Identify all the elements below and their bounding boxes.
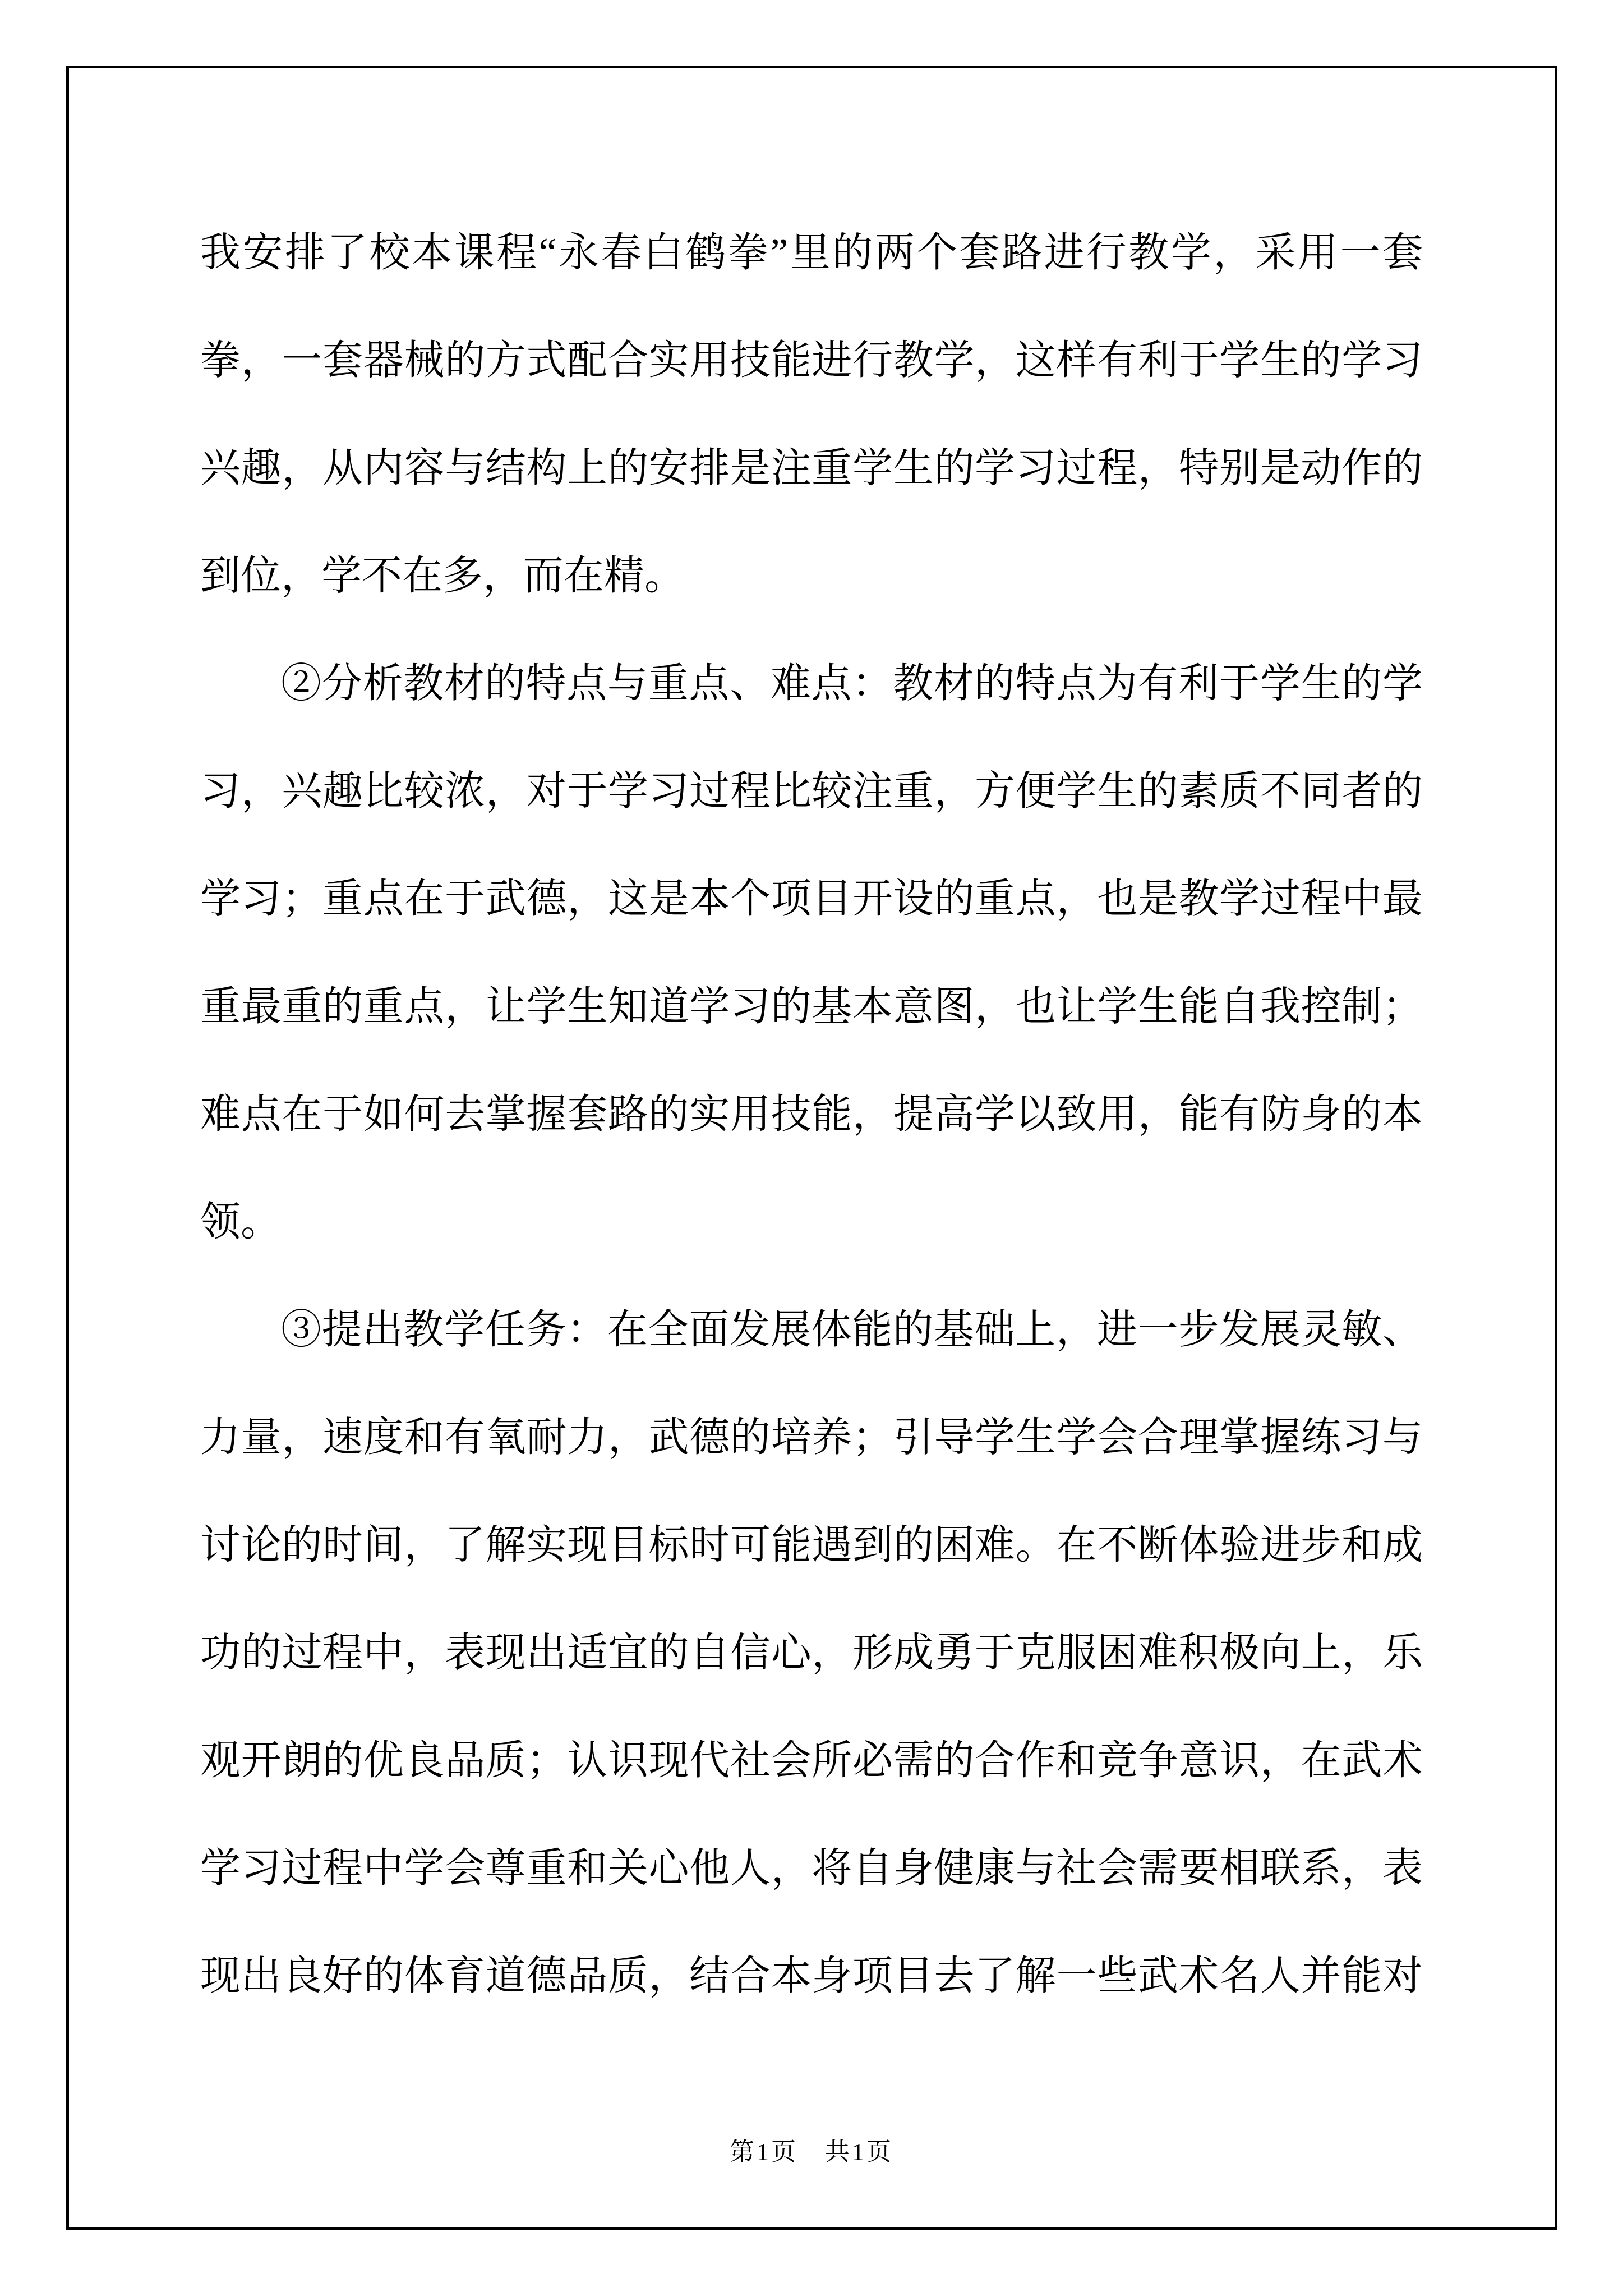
text-line: 功的过程中，表现出适宜的自信心，形成勇于克服困难积极向上，乐 — [200, 1599, 1423, 1706]
text-line: 我安排了校本课程“永春白鹤拳”里的两个套路进行教学，采用一套 — [200, 199, 1423, 306]
text-body: 我安排了校本课程“永春白鹤拳”里的两个套路进行教学，采用一套拳，一套器械的方式配… — [200, 199, 1423, 2030]
paragraph: 我安排了校本课程“永春白鹤拳”里的两个套路进行教学，采用一套拳，一套器械的方式配… — [200, 199, 1423, 629]
text-line: 兴趣，从内容与结构上的安排是注重学生的学习过程，特别是动作的 — [200, 414, 1423, 522]
text-line: 重最重的重点，让学生知道学习的基本意图，也让学生能自我控制； — [200, 953, 1423, 1060]
text-line: ③提出教学任务：在全面发展体能的基础上，进一步发展灵敏、 — [200, 1276, 1423, 1383]
text-line: 难点在于如何去掌握套路的实用技能，提高学以致用，能有防身的本 — [200, 1060, 1423, 1168]
text-line: 观开朗的优良品质；认识现代社会所必需的合作和竞争意识，在武术 — [200, 1706, 1423, 1814]
paragraph: ②分析教材的特点与重点、难点：教材的特点为有利于学生的学习，兴趣比较浓，对于学习… — [200, 629, 1423, 1276]
text-line: ②分析教材的特点与重点、难点：教材的特点为有利于学生的学 — [200, 629, 1423, 737]
text-line: 到位，学不在多，而在精。 — [200, 522, 1423, 629]
text-line: 讨论的时间，了解实现目标时可能遇到的困难。在不断体验进步和成 — [200, 1491, 1423, 1599]
text-line: 力量，速度和有氧耐力，武德的培养；引导学生学会合理掌握练习与 — [200, 1383, 1423, 1491]
page-footer: 第1页 共1页 — [0, 2132, 1623, 2168]
text-line: 领。 — [200, 1168, 1423, 1276]
text-line: 拳，一套器械的方式配合实用技能进行教学，这样有利于学生的学习 — [200, 306, 1423, 414]
text-line: 学习过程中学会尊重和关心他人，将自身健康与社会需要相联系，表 — [200, 1814, 1423, 1922]
paragraph: ③提出教学任务：在全面发展体能的基础上，进一步发展灵敏、力量，速度和有氧耐力，武… — [200, 1276, 1423, 2030]
text-line: 现出良好的体育道德品质，结合本身项目去了解一些武术名人并能对 — [200, 1922, 1423, 2030]
document-page: 我安排了校本课程“永春白鹤拳”里的两个套路进行教学，采用一套拳，一套器械的方式配… — [0, 0, 1623, 2296]
text-line: 学习；重点在于武德，这是本个项目开设的重点，也是教学过程中最 — [200, 845, 1423, 953]
text-line: 习，兴趣比较浓，对于学习过程比较注重，方便学生的素质不同者的 — [200, 737, 1423, 845]
